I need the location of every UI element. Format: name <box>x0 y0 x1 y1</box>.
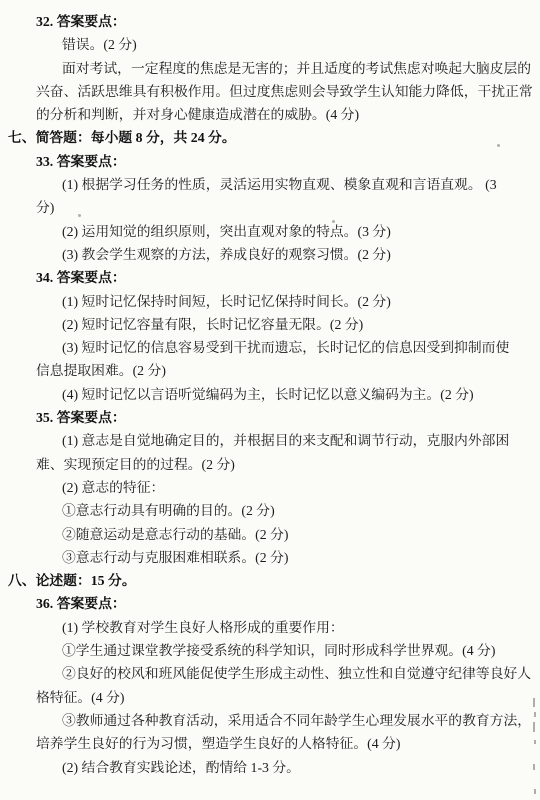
text-line: 分) <box>0 196 540 219</box>
text-line: 34. 答案要点： <box>0 266 540 289</box>
text-line: (4) 短时记忆以言语听觉编码为主，长时记忆以意义编码为主。(2 分) <box>0 383 540 406</box>
text-line: 难、实现预定目的的过程。(2 分) <box>0 453 540 476</box>
text-line: 33. 答案要点： <box>0 150 540 173</box>
text-line: ②随意运动是意志行动的基础。(2 分) <box>0 523 540 546</box>
text-line: (2) 结合教育实践论述，酌情给 1-3 分。 <box>0 756 540 779</box>
text-line: 培养学生良好的行为习惯，塑造学生良好的人格特征。(4 分) <box>0 732 540 755</box>
text-line: (1) 短时记忆保持时间短，长时记忆保持时间长。(2 分) <box>0 290 540 313</box>
text-line: 面对考试，一定程度的焦虑是无害的；并且适度的考试焦虑对唤起大脑皮层的 <box>0 57 540 80</box>
text-line: 的分析和判断，并对身心健康造成潜在的威胁。(4 分) <box>0 103 540 126</box>
scan-edge-dash <box>534 740 536 744</box>
scan-edge-dash <box>533 764 535 770</box>
scan-speck <box>332 220 335 223</box>
scan-speck <box>78 214 81 217</box>
scan-edge-dash <box>533 698 535 707</box>
text-line: (1) 学校教育对学生良好人格形成的重要作用： <box>0 616 540 639</box>
text-line: (2) 意志的特征： <box>0 476 540 499</box>
scan-speck <box>497 144 500 147</box>
text-line: 七、简答题：每小题 8 分，共 24 分。 <box>0 126 540 149</box>
text-line: ②良好的校风和班风能促使学生形成主动性、独立性和自觉遵守纪律等良好人 <box>0 662 540 685</box>
text-line: 兴奋、活跃思维具有积极作用。但过度焦虑则会导致学生认知能力降低，干扰正常 <box>0 80 540 103</box>
text-line: (2) 运用知觉的组织原则，突出直观对象的特点。(3 分) <box>0 220 540 243</box>
text-line: ①学生通过课堂教学接受系统的科学知识，同时形成科学世界观。(4 分) <box>0 639 540 662</box>
text-line: (1) 意志是自觉地确定目的，并根据目的来支配和调节行动，克服内外部困 <box>0 429 540 452</box>
text-line: 35. 答案要点： <box>0 406 540 429</box>
scanned-answer-key-page: 32. 答案要点：错误。(2 分)面对考试，一定程度的焦虑是无害的；并且适度的考… <box>0 0 540 800</box>
text-line: 信息提取困难。(2 分) <box>0 359 540 382</box>
text-line: 32. 答案要点： <box>0 10 540 33</box>
text-line: ③教师通过各种教育活动，采用适合不同年龄学生心理发展水平的教育方法， <box>0 709 540 732</box>
text-line: 36. 答案要点： <box>0 592 540 615</box>
text-line: (2) 短时记忆容量有限，长时记忆容量无限。(2 分) <box>0 313 540 336</box>
text-line: ①意志行动具有明确的目的。(2 分) <box>0 499 540 522</box>
scan-edge-dash <box>534 712 536 717</box>
text-line: ③意志行动与克服困难相联系。(2 分) <box>0 546 540 569</box>
scan-edge-dash <box>534 789 536 794</box>
scan-speck <box>305 248 308 251</box>
text-line: (1) 根据学习任务的性质，灵活运用实物直观、模象直观和言语直观。 (3 <box>0 173 540 196</box>
scan-edge-dash <box>533 722 535 732</box>
text-line: (3) 短时记忆的信息容易受到干扰而遗忘，长时记忆的信息因受到抑制而使 <box>0 336 540 359</box>
text-line: (3) 教会学生观察的方法，养成良好的观察习惯。(2 分) <box>0 243 540 266</box>
document-text-block: 32. 答案要点：错误。(2 分)面对考试，一定程度的焦虑是无害的；并且适度的考… <box>0 10 540 779</box>
text-line: 错误。(2 分) <box>0 33 540 56</box>
text-line: 八、论述题：15 分。 <box>0 569 540 592</box>
text-line: 格特征。(4 分) <box>0 686 540 709</box>
